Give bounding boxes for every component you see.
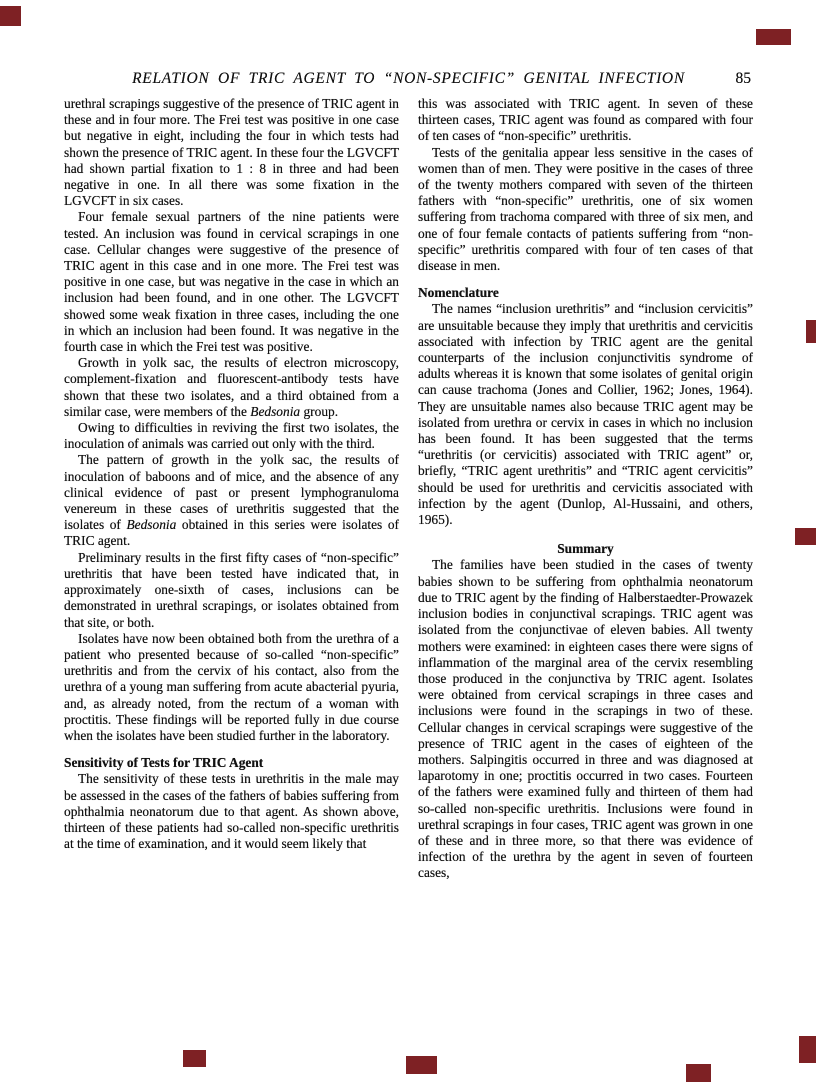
paragraph: Preliminary results in the first fifty c…	[64, 550, 399, 631]
column-left: urethral scrapings suggestive of the pre…	[64, 96, 399, 882]
page-title: RELATION OF TRIC AGENT TO “NON-SPECIFIC”…	[132, 70, 685, 87]
paragraph: Growth in yolk sac, the results of elect…	[64, 355, 399, 420]
scan-mark	[756, 29, 791, 45]
page-number: 85	[736, 70, 752, 88]
running-header: RELATION OF TRIC AGENT TO “NON-SPECIFIC”…	[64, 70, 753, 88]
paragraph: Four female sexual partners of the nine …	[64, 209, 399, 355]
scan-mark	[686, 1064, 711, 1082]
section-heading: Sensitivity of Tests for TRIC Agent	[64, 755, 399, 771]
section-heading: Summary	[418, 541, 753, 557]
scan-mark	[406, 1056, 437, 1074]
paragraph: The pattern of growth in the yolk sac, t…	[64, 452, 399, 549]
section-heading: Nomenclature	[418, 285, 753, 301]
journal-page: RELATION OF TRIC AGENT TO “NON-SPECIFIC”…	[0, 0, 816, 1087]
paragraph: Isolates have now been obtained both fro…	[64, 631, 399, 744]
paragraph: this was associated with TRIC agent. In …	[418, 96, 753, 145]
scan-mark	[799, 1036, 816, 1063]
text-columns: urethral scrapings suggestive of the pre…	[64, 96, 753, 882]
column-right: this was associated with TRIC agent. In …	[418, 96, 753, 882]
scan-mark	[0, 6, 21, 26]
scan-mark	[183, 1050, 206, 1067]
paragraph: The sensitivity of these tests in urethr…	[64, 771, 399, 852]
paragraph: urethral scrapings suggestive of the pre…	[64, 96, 399, 209]
paragraph: The families have been studied in the ca…	[418, 557, 753, 881]
paragraph: The names “inclusion urethritis” and “in…	[418, 301, 753, 528]
paragraph: Owing to difficulties in reviving the fi…	[64, 420, 399, 452]
scan-mark	[806, 320, 816, 343]
scan-mark	[795, 528, 816, 545]
paragraph: Tests of the genitalia appear less sensi…	[418, 145, 753, 275]
